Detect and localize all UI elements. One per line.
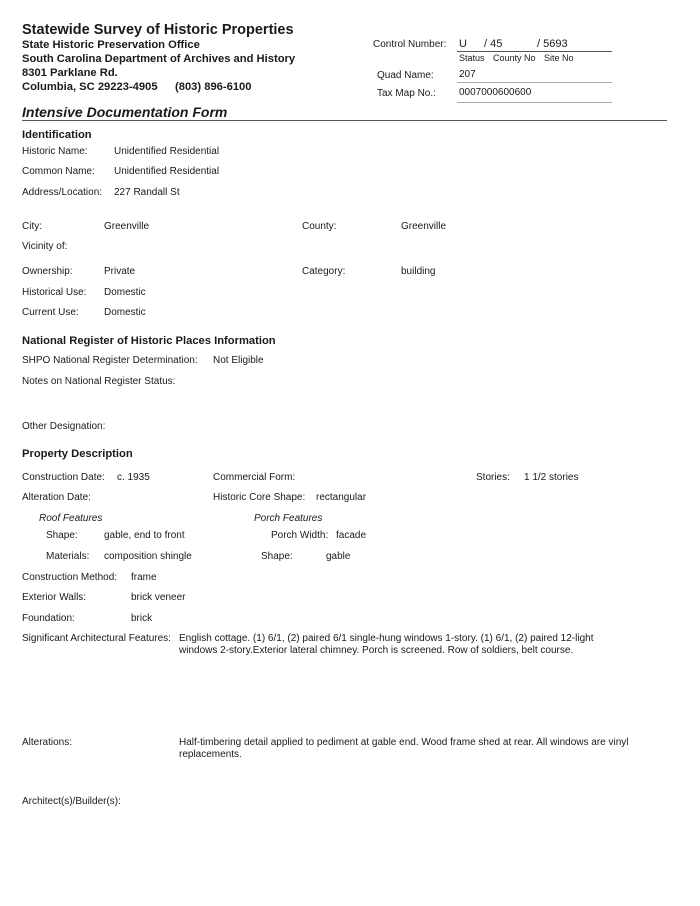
stories-value: 1 1/2 stories: [524, 472, 578, 483]
control-number-label: Control Number:: [373, 39, 446, 50]
tax-map-value: 0007000600600: [459, 87, 531, 98]
control-number-underline: [457, 51, 612, 52]
address-value: 227 Randall St: [114, 187, 180, 198]
other-designation-label: Other Designation:: [22, 421, 105, 432]
construction-date-label: Construction Date:: [22, 472, 105, 483]
title-divider: [22, 120, 667, 121]
phone-number: (803) 896-6100: [175, 81, 252, 93]
county-value: Greenville: [401, 221, 446, 232]
category-label: Category:: [302, 266, 345, 277]
common-name-value: Unidentified Residential: [114, 166, 219, 177]
survey-title: Statewide Survey of Historic Properties: [22, 22, 294, 38]
construction-date-value: c. 1935: [117, 472, 150, 483]
property-description-heading: Property Description: [22, 448, 133, 460]
current-use-value: Domestic: [104, 307, 146, 318]
core-shape-value: rectangular: [316, 492, 366, 503]
commercial-form-label: Commercial Form:: [213, 472, 295, 483]
alterations-value: Half-timbering detail applied to pedimen…: [179, 737, 629, 761]
architectural-features-value: English cottage. (1) 6/1, (2) paired 6/1…: [179, 633, 624, 657]
common-name-label: Common Name:: [22, 166, 95, 177]
national-register-heading: National Register of Historic Places Inf…: [22, 335, 276, 347]
control-site-value: / 5693: [537, 38, 568, 50]
status-sublabel: Status: [459, 53, 485, 63]
city-value: Greenville: [104, 221, 149, 232]
nr-determination-value: Not Eligible: [213, 355, 264, 366]
form-title: Intensive Documentation Form: [22, 104, 227, 120]
category-value: building: [401, 266, 435, 277]
tax-map-underline: [457, 102, 612, 103]
street-address: 8301 Parklane Rd.: [22, 67, 118, 79]
control-status-value: U: [459, 38, 467, 50]
quad-name-value: 207: [459, 69, 476, 80]
ownership-label: Ownership:: [22, 266, 73, 277]
city-label: City:: [22, 221, 42, 232]
county-label: County:: [302, 221, 336, 232]
quad-name-underline: [457, 82, 612, 83]
roof-materials-label: Materials:: [46, 551, 89, 562]
foundation-value: brick: [131, 613, 152, 624]
nr-notes-label: Notes on National Register Status:: [22, 376, 175, 387]
historic-name-value: Unidentified Residential: [114, 146, 219, 157]
foundation-label: Foundation:: [22, 613, 75, 624]
construction-method-label: Construction Method:: [22, 572, 117, 583]
architectural-features-label: Significant Architectural Features:: [22, 633, 171, 644]
roof-materials-value: composition shingle: [104, 551, 192, 562]
current-use-label: Current Use:: [22, 307, 79, 318]
county-no-sublabel: County No: [493, 53, 536, 63]
historical-use-label: Historical Use:: [22, 287, 86, 298]
control-county-value: / 45: [484, 38, 502, 50]
roof-shape-label: Shape:: [46, 530, 78, 541]
vicinity-label: Vicinity of:: [22, 241, 67, 252]
exterior-walls-value: brick veneer: [131, 592, 185, 603]
department-name: South Carolina Department of Archives an…: [22, 53, 295, 65]
historical-use-value: Domestic: [104, 287, 146, 298]
construction-method-value: frame: [131, 572, 157, 583]
alterations-label: Alterations:: [22, 737, 72, 748]
porch-shape-label: Shape:: [261, 551, 293, 562]
quad-name-label: Quad Name:: [377, 70, 434, 81]
office-name: State Historic Preservation Office: [22, 39, 200, 51]
roof-shape-value: gable, end to front: [104, 530, 185, 541]
porch-width-label: Porch Width:: [271, 530, 328, 541]
architect-builder-label: Architect(s)/Builder(s):: [22, 796, 121, 807]
address-label: Address/Location:: [22, 187, 102, 198]
historic-name-label: Historic Name:: [22, 146, 88, 157]
core-shape-label: Historic Core Shape:: [213, 492, 305, 503]
tax-map-label: Tax Map No.:: [377, 88, 436, 99]
identification-heading: Identification: [22, 129, 92, 141]
city-zip: Columbia, SC 29223-4905: [22, 81, 158, 93]
porch-width-value: facade: [336, 530, 366, 541]
exterior-walls-label: Exterior Walls:: [22, 592, 86, 603]
site-no-sublabel: Site No: [544, 53, 574, 63]
porch-shape-value: gable: [326, 551, 350, 562]
roof-features-heading: Roof Features: [39, 513, 102, 524]
ownership-value: Private: [104, 266, 135, 277]
alteration-date-label: Alteration Date:: [22, 492, 91, 503]
stories-label: Stories:: [476, 472, 510, 483]
nr-determination-label: SHPO National Register Determination:: [22, 355, 198, 366]
porch-features-heading: Porch Features: [254, 513, 322, 524]
